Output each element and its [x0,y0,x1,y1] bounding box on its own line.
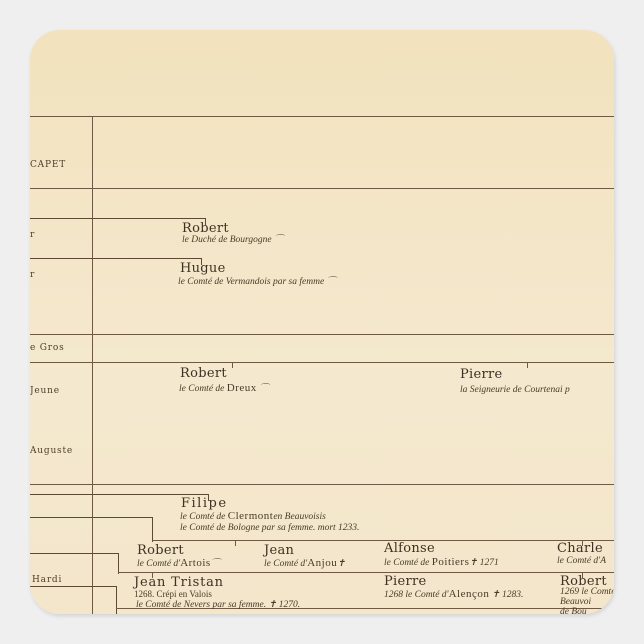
branch-philippe-hardi [30,586,117,614]
title-prefix: 1268 le Comté d' [384,590,449,600]
title-prefix: le Comté de [384,558,432,568]
branch-hugue [30,258,202,265]
title-prefix: le Comté de [180,512,228,522]
entry-robert-bourgogne-name: Robert [182,222,229,235]
entry-filipe-title-1: le Comté de Clermonten Beauvoisis [180,511,326,523]
entry-alfonse-title: le Comté de Poitiers✝ 1271 [384,557,499,569]
branch-dreux-courtenai [232,362,528,363]
entry-hugue-title: le Comté de Vermandois par sa femme ⌒ [178,278,336,288]
entry-robert-dreux-title: le Comté de Dreux ⌒ [179,383,269,395]
entry-jean-tristan-line2: le Comté de Nevers par sa femme. ✝ 1270. [136,601,300,611]
title-suffix: ✝ [337,559,345,569]
title-emph: Alençon [449,588,490,600]
tick-dreux [232,362,233,368]
entry-filipe-name: Filipe [181,497,228,510]
entry-robert-bourgogne-title: le Duché de Bourgogne ⌒ [182,236,283,246]
product-stage: CAPET r r e Gros Jeune Auguste Hardi Rob… [0,0,644,644]
branch-louis-viii [30,517,153,542]
entry-jean-anjou-title: le Comté d'Anjou✝ [264,558,345,570]
title-emph: Artois [180,557,211,569]
title-emph: Anjou [307,557,337,569]
entry-jean-tristan-line1: 1268. Crépi en Valois [134,590,212,599]
title-suffix: ⌒ [257,384,269,394]
entry-charle-title: le Comté d'A [557,557,606,567]
entry-robert-artois-name: Robert [137,544,184,557]
entry-filipe-title-2: le Comté de Bologne par sa femme. mort 1… [180,524,359,534]
king-label-auguste: Auguste [30,446,73,456]
king-label-henri-i: r [30,270,35,280]
rule-gros-top [30,334,614,335]
king-label-hardi: Hardi [32,575,62,585]
entry-robert-dreux-name: Robert [180,367,227,380]
title-suffix: ⌒ [211,559,221,569]
title-prefix: le Comté d' [264,559,307,569]
branch-sons-of-louis-ix-a [118,572,614,573]
entry-pierre-courtenai-title: la Seigneurie de Courtenai p [460,386,570,396]
rule-top [30,116,614,117]
entry-charle-name: Charle [557,542,603,555]
entry-jean-tristan-name: Jean Tristan [134,576,224,589]
title-emph: Clermont [228,510,274,522]
title-suffix: en Beauvoisis [273,512,326,522]
branch-sons-of-louis-viii [152,540,614,541]
title-prefix: le Comté d' [137,559,180,569]
entry-hugue-name: Hugue [180,262,226,275]
title-suffix: ✝ 1271 [469,558,498,568]
king-label-le-jeune: Jeune [30,386,60,396]
title-emph: Poitiers [432,556,470,568]
branch-robert-bourgogne [30,218,206,225]
entry-pierre-alencon-name: Pierre [384,575,427,588]
king-label-le-gros: e Gros [30,343,65,353]
rule-king2 [30,484,614,485]
entry-pierre-alencon-title: 1268 le Comté d'Alençon ✝ 1283. [384,589,523,601]
title-suffix: ✝ 1283. [489,590,523,600]
king-label-robert-ii: r [30,230,35,240]
title-emph: Dreux [227,382,257,394]
tick-artois [235,540,236,546]
title-prefix: le Comté de [179,384,227,394]
king-label-capet: CAPET [30,160,66,170]
branch-louis-ix [30,553,119,574]
entry-pierre-courtenai-name: Pierre [460,368,503,381]
genealogy-sticker: CAPET r r e Gros Jeune Auguste Hardi Rob… [30,30,614,614]
entry-jean-anjou-name: Jean [264,544,294,557]
tick-courtenai [527,362,528,368]
entry-robert-1269-line3: de Bou [560,608,587,614]
rule-capet-bottom [30,188,614,189]
entry-alfonse-name: Alfonse [384,542,435,555]
entry-robert-artois-title: le Comté d'Artois⌒ [137,558,220,570]
